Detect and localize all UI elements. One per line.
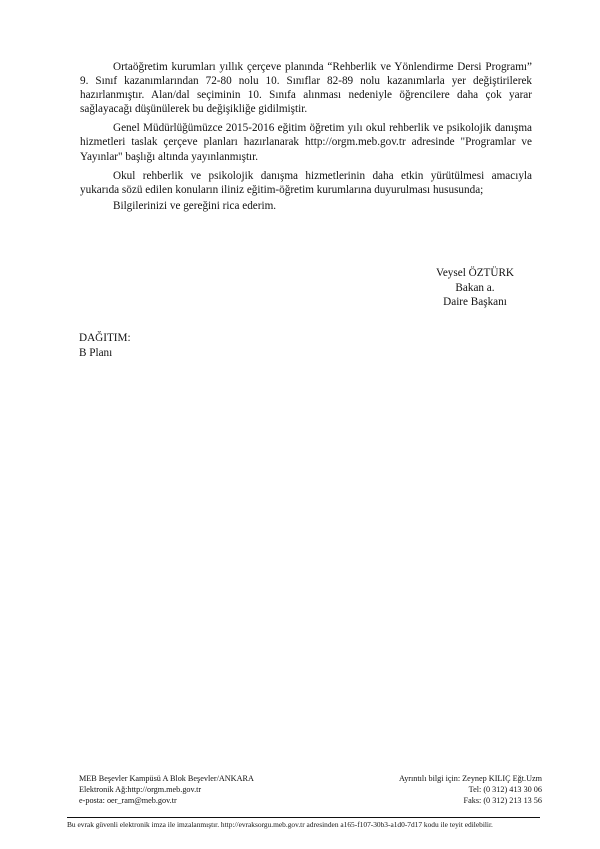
distribution-recipient: B Planı — [79, 346, 131, 361]
paragraph-closing: Bilgilerinizi ve gereğini rica ederim. — [80, 199, 532, 213]
signature-block: Veysel ÖZTÜRK Bakan a. Daire Başkanı — [415, 266, 535, 310]
footer-phone: Tel: (0 312) 413 30 06 — [366, 785, 542, 796]
footer-email: e-posta: oer_ram@meb.gov.tr — [79, 796, 254, 807]
footer-contact: Ayrıntılı bilgi için: Zeynep KILIÇ Eğt.U… — [366, 774, 542, 785]
paragraph-request: Okul rehberlik ve psikolojik danışma hiz… — [80, 169, 532, 197]
footer-address-block: MEB Beşevler Kampüsü A Blok Beşevler/ANK… — [79, 774, 254, 806]
paragraph-curriculum-change: Ortaöğretim kurumları yıllık çerçeve pla… — [80, 60, 532, 116]
distribution-heading: DAĞITIM: — [79, 331, 131, 346]
footer-web: Elektronik Ağ:http://orgm.meb.gov.tr — [79, 785, 254, 796]
footer-address: MEB Beşevler Kampüsü A Blok Beşevler/ANK… — [79, 774, 254, 785]
letter-body: Ortaöğretim kurumları yıllık çerçeve pla… — [80, 60, 532, 213]
e-signature-verification: Bu evrak güvenli elektronik imza ile imz… — [67, 820, 547, 830]
paragraph-publication: Genel Müdürlüğümüzce 2015-2016 eğitim öğ… — [80, 121, 532, 163]
signatory-on-behalf: Bakan a. — [415, 281, 535, 296]
footer-divider — [67, 817, 540, 818]
signatory-name: Veysel ÖZTÜRK — [415, 266, 535, 281]
distribution-block: DAĞITIM: B Planı — [79, 331, 131, 360]
footer-contact-block: Ayrıntılı bilgi için: Zeynep KILIÇ Eğt.U… — [366, 774, 542, 806]
footer-fax: Faks: (0 312) 213 13 56 — [366, 796, 542, 807]
signatory-title: Daire Başkanı — [415, 295, 535, 310]
